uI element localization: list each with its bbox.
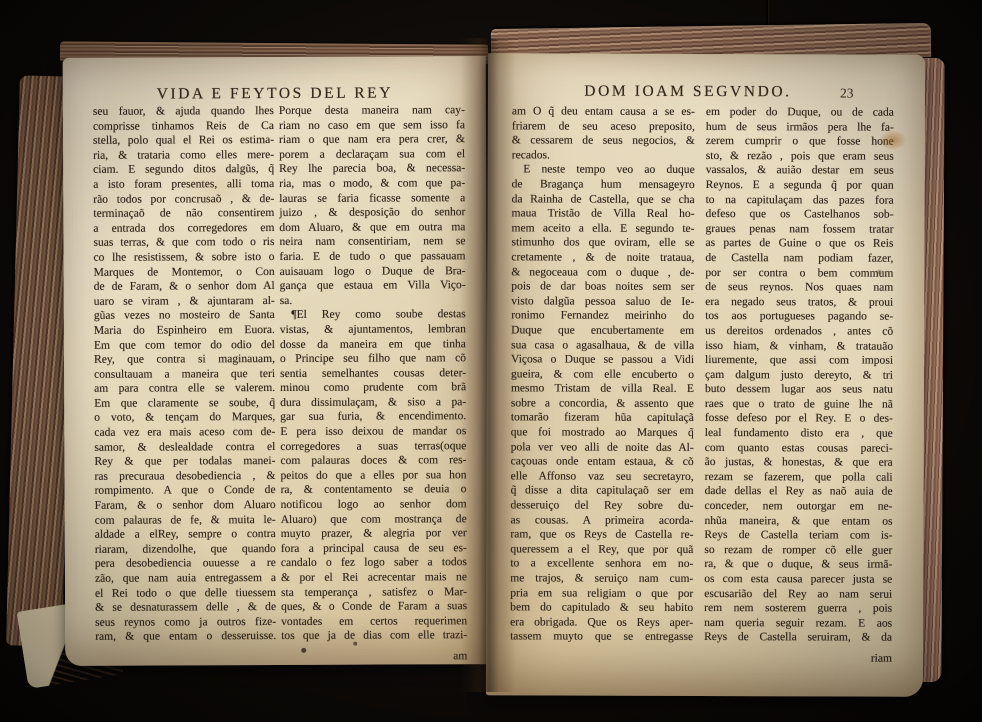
right-page: DOM IOAM SEGVNDO. 23 am O q̃ deu entam c… (486, 53, 925, 697)
running-head-left: VIDA E FEYTOS DEL REY (85, 84, 465, 104)
catchword-right-page: riam (704, 652, 892, 665)
left-page-column-2: Porque desta maneira nam cay- riam no ca… (279, 103, 467, 666)
catchword-left-page: am (281, 650, 467, 663)
right-page-column-1: am O q̃ deu entam causa a se es- friarem… (510, 104, 695, 653)
right-page-column-2: em poder do Duque, ou de cada hum de seu… (704, 105, 894, 668)
photo-of-open-book: VIDA E FEYTOS DEL REY seu fauor, & ajuda… (0, 0, 982, 722)
page-number: 23 (840, 85, 880, 101)
left-page-column-1: seu fauor, & ajuda quando lhes comprisse… (93, 104, 276, 653)
running-head-right: DOM IOAM SEGVNDO. (488, 82, 888, 101)
left-page: VIDA E FEYTOS DEL REY seu fauor, & ajuda… (63, 56, 489, 666)
